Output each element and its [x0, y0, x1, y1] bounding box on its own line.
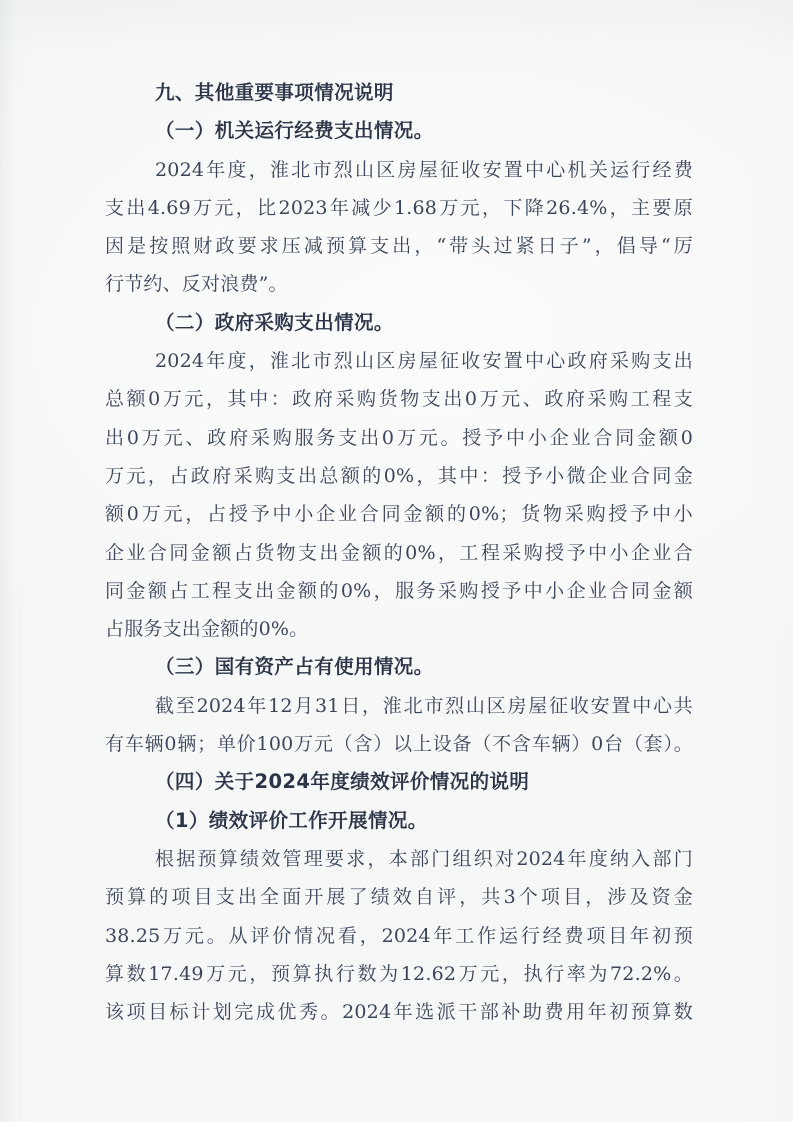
text-line: 总额0万元，其中：政府采购货物支出0万元、政府采购工程支	[105, 380, 693, 418]
document-text: 九、其他重要事项情况说明（一）机关运行经费支出情况。2024年度，淮北市烈山区房…	[105, 74, 693, 1031]
text-line: 算数17.49万元，预算执行数为12.62万元，执行率为72.2%。	[105, 955, 693, 993]
text-line: 占服务支出金额的0%。	[105, 610, 693, 648]
text-line: 38.25万元。从评价情况看，2024年工作运行经费项目年初预	[105, 917, 693, 955]
text-line: 根据预算绩效管理要求，本部门组织对2024年度纳入部门	[105, 840, 693, 878]
section-heading: （三）国有资产占有使用情况。	[105, 648, 693, 686]
scanned-document-page: 九、其他重要事项情况说明（一）机关运行经费支出情况。2024年度，淮北市烈山区房…	[0, 0, 793, 1122]
section-heading: （四）关于2024年度绩效评价情况的说明	[105, 763, 693, 801]
section-heading: （一）机关运行经费支出情况。	[105, 112, 693, 150]
text-line: 万元，占政府采购支出总额的0%，其中：授予小微企业合同金	[105, 457, 693, 495]
text-line: 2024年度，淮北市烈山区房屋征收安置中心机关运行经费	[105, 151, 693, 189]
text-line: 企业合同金额占货物支出金额的0%，工程采购授予中小企业合	[105, 534, 693, 572]
text-line: 出0万元、政府采购服务支出0万元。授予中小企业合同金额0	[105, 419, 693, 457]
text-line: 2024年度，淮北市烈山区房屋征收安置中心政府采购支出	[105, 342, 693, 380]
text-line: 该项目标计划完成优秀。2024年选派干部补助费用年初预算数	[105, 993, 693, 1031]
text-line: 行节约、反对浪费”。	[105, 265, 693, 303]
text-line: 同金额占工程支出金额的0%，服务采购授予中小企业合同金额	[105, 572, 693, 610]
text-line: 有车辆0辆；单价100万元（含）以上设备（不含车辆）0台（套）。	[105, 725, 693, 763]
text-line: 支出4.69万元，比2023年减少1.68万元，下降26.4%，主要原	[105, 189, 693, 227]
text-line: 预算的项目支出全面开展了绩效自评，共3个项目，涉及资金	[105, 878, 693, 916]
text-line: 因是按照财政要求压减预算支出，“带头过紧日子”，倡导“厉	[105, 227, 693, 265]
text-line: 额0万元，占授予中小企业合同金额的0%；货物采购授予中小	[105, 495, 693, 533]
section-heading: （1）绩效评价工作开展情况。	[105, 802, 693, 840]
section-heading: （二）政府采购支出情况。	[105, 304, 693, 342]
text-line: 截至2024年12月31日，淮北市烈山区房屋征收安置中心共	[105, 687, 693, 725]
section-heading: 九、其他重要事项情况说明	[105, 74, 693, 112]
